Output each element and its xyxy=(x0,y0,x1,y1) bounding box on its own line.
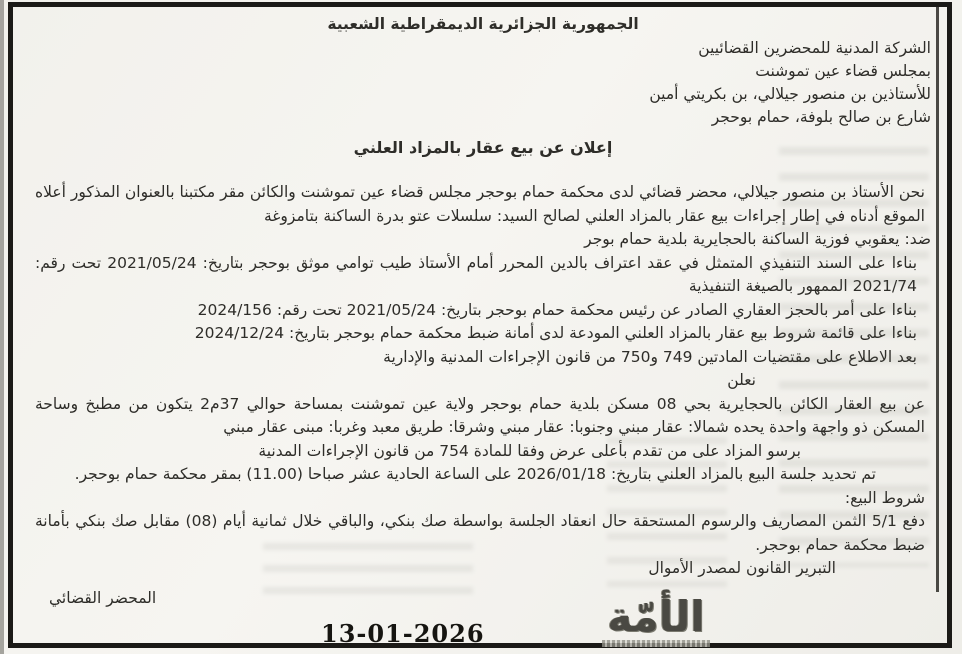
body-paragraph-writ: بناءا على السند التنفيذي المتمثل في عقد … xyxy=(35,252,931,299)
office-bailiffs: للأستاذين بن منصور جيلالي، بن بكريتي أمي… xyxy=(35,83,931,106)
scan-edge xyxy=(0,0,4,654)
body-paragraph-announce: نعلن xyxy=(35,369,931,393)
body-paragraph-payment: دفع 5/1 الثمن المصاريف والرسوم المستحقة … xyxy=(35,510,931,557)
signatory-label: المحضر القضائي xyxy=(49,589,156,607)
body-paragraph-funds: التبرير القانون لمصدر الأموال xyxy=(35,557,931,581)
office-council: بمجلس قضاء عين تموشنت xyxy=(35,60,931,83)
newspaper-logo-tagline xyxy=(602,640,710,647)
newspaper-logo: الأمّة xyxy=(561,595,751,647)
scanned-notice-page: الجمهورية الجزائرية الديمقراطية الشعبية … xyxy=(0,0,962,654)
document-frame: الجمهورية الجزائرية الديمقراطية الشعبية … xyxy=(8,2,952,648)
notice-body: نحن الأستاذ بن منصور جيلالي، محضر قضائي … xyxy=(35,181,931,581)
body-paragraph-session: تم تحديد جلسة البيع بالمزاد العلني بتاري… xyxy=(35,463,931,487)
newspaper-logo-text: الأمّة xyxy=(561,595,751,639)
country-header: الجمهورية الجزائرية الديمقراطية الشعبية xyxy=(35,13,931,35)
notice-title: إعلان عن بيع عقار بالمزاد العلني xyxy=(35,137,931,159)
body-paragraph-intro: نحن الأستاذ بن منصور جيلالي، محضر قضائي … xyxy=(35,181,931,228)
body-paragraph-conditions: بناءا على قائمة شروط بيع عقار بالمزاد ال… xyxy=(35,322,931,346)
body-paragraph-terms-title: شروط البيع: xyxy=(35,487,931,511)
office-block: الشركة المدنية للمحضرين القضائيين بمجلس … xyxy=(35,37,931,129)
body-paragraph-seizure: بناءا على أمر بالحجز العقاري الصادر عن ر… xyxy=(35,299,931,323)
office-address: شارع بن صالح بلوفة، حمام بوحجر xyxy=(35,106,931,129)
body-paragraph-property: عن بيع العقار الكائن بالحجايرية بحي 08 م… xyxy=(35,393,931,440)
body-paragraph-defendant: ضد: يعقوبي فوزية الساكنة بالحجايرية بلدي… xyxy=(35,228,931,252)
publication-date: 13-01-2026 xyxy=(321,619,485,648)
body-paragraph-articles: بعد الاطلاع على مقتضيات المادتين 749 و75… xyxy=(35,346,931,370)
office-company: الشركة المدنية للمحضرين القضائيين xyxy=(35,37,931,60)
body-paragraph-award: برسو المزاد على من تقدم بأعلى عرض وفقا ل… xyxy=(35,440,931,464)
frame-inner-line xyxy=(936,7,939,592)
